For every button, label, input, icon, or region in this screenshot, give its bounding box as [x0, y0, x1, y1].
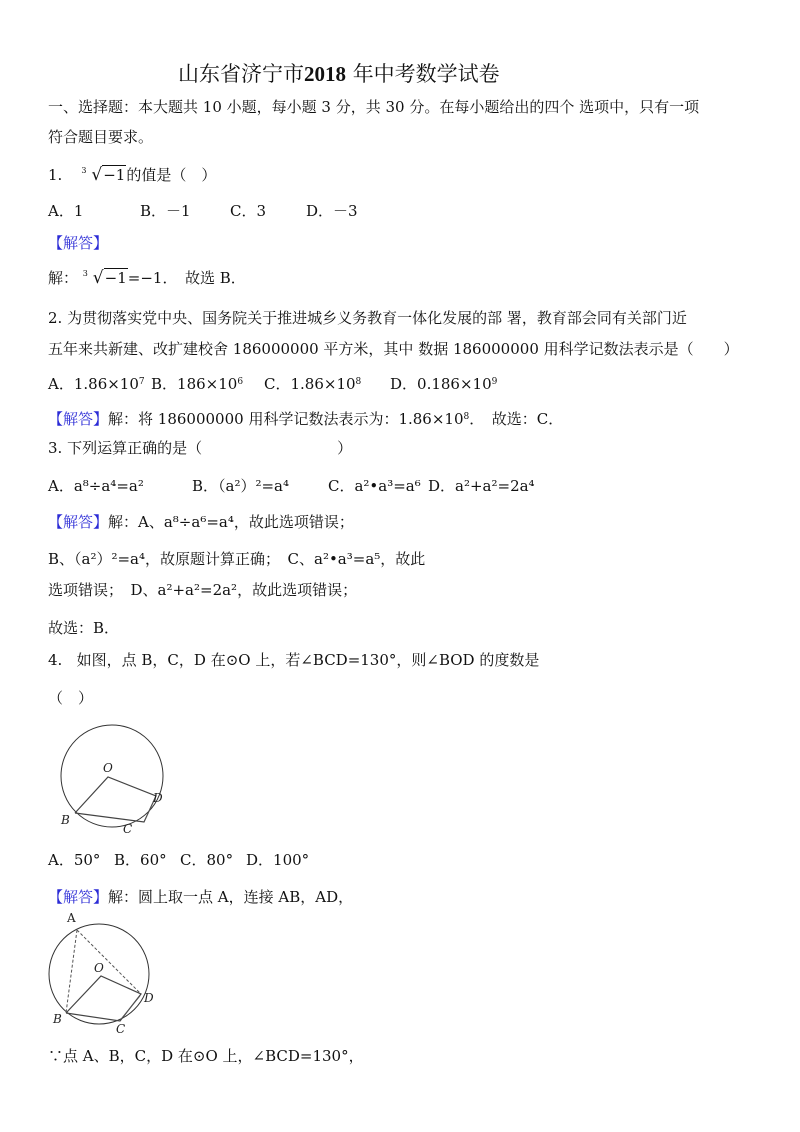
label-b: B	[60, 813, 70, 827]
section-header-2: 符合题目要求。	[48, 127, 153, 147]
option-text: B．186×10	[151, 375, 237, 393]
question-3-solution: 【解答】解：A、a⁸÷a⁶=a⁴，故此选项错误；	[48, 512, 354, 532]
question-3-solution-2: B、（a²）²=a⁴，故原题计算正确； C、a²•a³=a⁵，故此	[48, 549, 425, 569]
question-2: 2. 为贯彻落实党中央、国务院关于推进城乡义务教育一体化发展的部 署，教育部会同…	[48, 308, 687, 328]
question-stem: 的值是（ ）	[126, 166, 216, 184]
question-4-options: A．50°B．60°C．80°D．100°	[48, 850, 309, 870]
question-number: 3.	[48, 439, 62, 457]
option-b: B．186×106	[151, 372, 264, 394]
question-3-solution-3: 选项错误； D、a²+a²=2a²，故此选项错误；	[48, 580, 357, 600]
title-text: 山东省济宁市	[178, 62, 304, 86]
option-d: D．－3	[306, 201, 358, 221]
question-3-options: A．a⁸÷a⁴=a²B．（a²）²=a⁴C．a²•a³=a⁶D．a²+a²=2a…	[48, 476, 535, 496]
section-header: 一、选择题：本大题共 10 小题，每小题 3 分，共 30 分。在每小题给出的四…	[48, 97, 699, 117]
option-b: B．－1	[140, 201, 230, 221]
radicand: −1	[102, 165, 126, 184]
question-4-stem-2: （ ）	[48, 688, 93, 708]
label-c: C	[116, 1022, 125, 1035]
page-title: 山东省济宁市2018 年中考数学试卷	[178, 58, 500, 88]
solution-circle-figure: A O B C D	[40, 905, 170, 1035]
option-a: A．50°	[48, 850, 114, 870]
cube-root: 3√−1	[83, 268, 128, 288]
exponent: 8	[356, 377, 362, 387]
option-text: C．1.86×10	[264, 375, 356, 393]
cube-root: 3√−1	[81, 165, 126, 185]
solution-text: 解：A、a⁸÷a⁶=a⁴，故此选项错误；	[108, 513, 354, 531]
question-3: 3. 下列运算正确的是（ ）	[48, 438, 352, 458]
label-o: O	[103, 761, 113, 775]
radical-index: 3	[81, 161, 86, 181]
option-c: C．1.86×108	[264, 372, 390, 394]
solution-text: 解：将 186000000 用科学记数法表示为：1.86×10	[108, 410, 463, 428]
question-2-solution: 【解答】解：将 186000000 用科学记数法表示为：1.86×108． 故选…	[48, 407, 563, 429]
option-a: A．a⁸÷a⁴=a²	[48, 476, 192, 496]
option-c: C．a²•a³=a⁶	[328, 476, 428, 496]
answer-label: 【解答】	[48, 888, 108, 906]
circle-figure: O B C D	[45, 720, 175, 840]
option-d: D．0.186×109	[390, 372, 497, 394]
solution-text: 解：	[48, 269, 78, 287]
exponent: 7	[139, 377, 145, 387]
label-c: C	[123, 822, 132, 836]
question-number: 1.	[48, 166, 62, 184]
radicand: −1	[104, 268, 128, 287]
option-c: C．80°	[180, 850, 246, 870]
option-a: A．1	[48, 201, 140, 221]
solution-text: =−1． 故选 B．	[128, 269, 246, 287]
answer-label: 【解答】	[48, 410, 108, 428]
option-d: D．100°	[246, 850, 309, 870]
label-a: A	[66, 911, 76, 925]
option-a: A．1.86×107	[48, 372, 151, 394]
question-number: 4.	[48, 651, 62, 669]
title-year: 2018	[304, 62, 346, 86]
solution-text: ． 故选：C．	[469, 410, 563, 428]
radical-index: 3	[83, 264, 88, 284]
question-stem: 为贯彻落实党中央、国务院关于推进城乡义务教育一体化发展的部 署，教育部会同有关部…	[67, 309, 687, 327]
question-1: 1. 3√−1的值是（ ）	[48, 165, 216, 185]
option-d: D．a²+a²=2a⁴	[428, 476, 535, 496]
option-text: D．0.186×10	[390, 375, 492, 393]
option-b: B．（a²）²=a⁴	[192, 476, 328, 496]
label-d: D	[152, 791, 163, 805]
question-4: 4. 如图，点 B，C，D 在⊙O 上，若∠BCD=130°，则∠BOD 的度数…	[48, 650, 539, 670]
label-b: B	[52, 1012, 62, 1026]
question-3-solution-4: 故选：B．	[48, 618, 119, 638]
question-stem: 下列运算正确的是（ ）	[67, 439, 352, 457]
option-text: A．1.86×10	[48, 375, 139, 393]
option-c: C．3	[230, 201, 306, 221]
option-b: B．60°	[114, 850, 180, 870]
question-1-options: A．1B．－1C．3D．－3	[48, 201, 358, 221]
label-o: O	[94, 961, 104, 975]
question-1-solution: 解： 3√−1=−1． 故选 B．	[48, 268, 246, 288]
question-4-solution-2: ∵点 A、B，C，D 在⊙O 上，∠BCD=130°，	[48, 1046, 364, 1066]
title-text-2: 年中考数学试卷	[353, 62, 500, 86]
solution-text: 解：圆上取一点 A，连接 AB，AD，	[108, 888, 353, 906]
answer-label: 【解答】	[48, 513, 108, 531]
question-number: 2.	[48, 309, 62, 327]
question-2-stem-2: 五年来共新建、改扩建校舍 186000000 平方米，其中 数据 1860000…	[48, 339, 739, 359]
question-2-options: A．1.86×107B．186×106C．1.86×108D．0.186×109	[48, 372, 497, 394]
label-d: D	[143, 991, 154, 1005]
exponent: 6	[237, 377, 243, 387]
question-4-solution: 【解答】解：圆上取一点 A，连接 AB，AD，	[48, 887, 353, 907]
exponent: 9	[492, 377, 498, 387]
question-stem: 如图，点 B，C，D 在⊙O 上，若∠BCD=130°，则∠BOD 的度数是	[77, 651, 540, 669]
answer-label: 【解答】	[48, 233, 108, 253]
